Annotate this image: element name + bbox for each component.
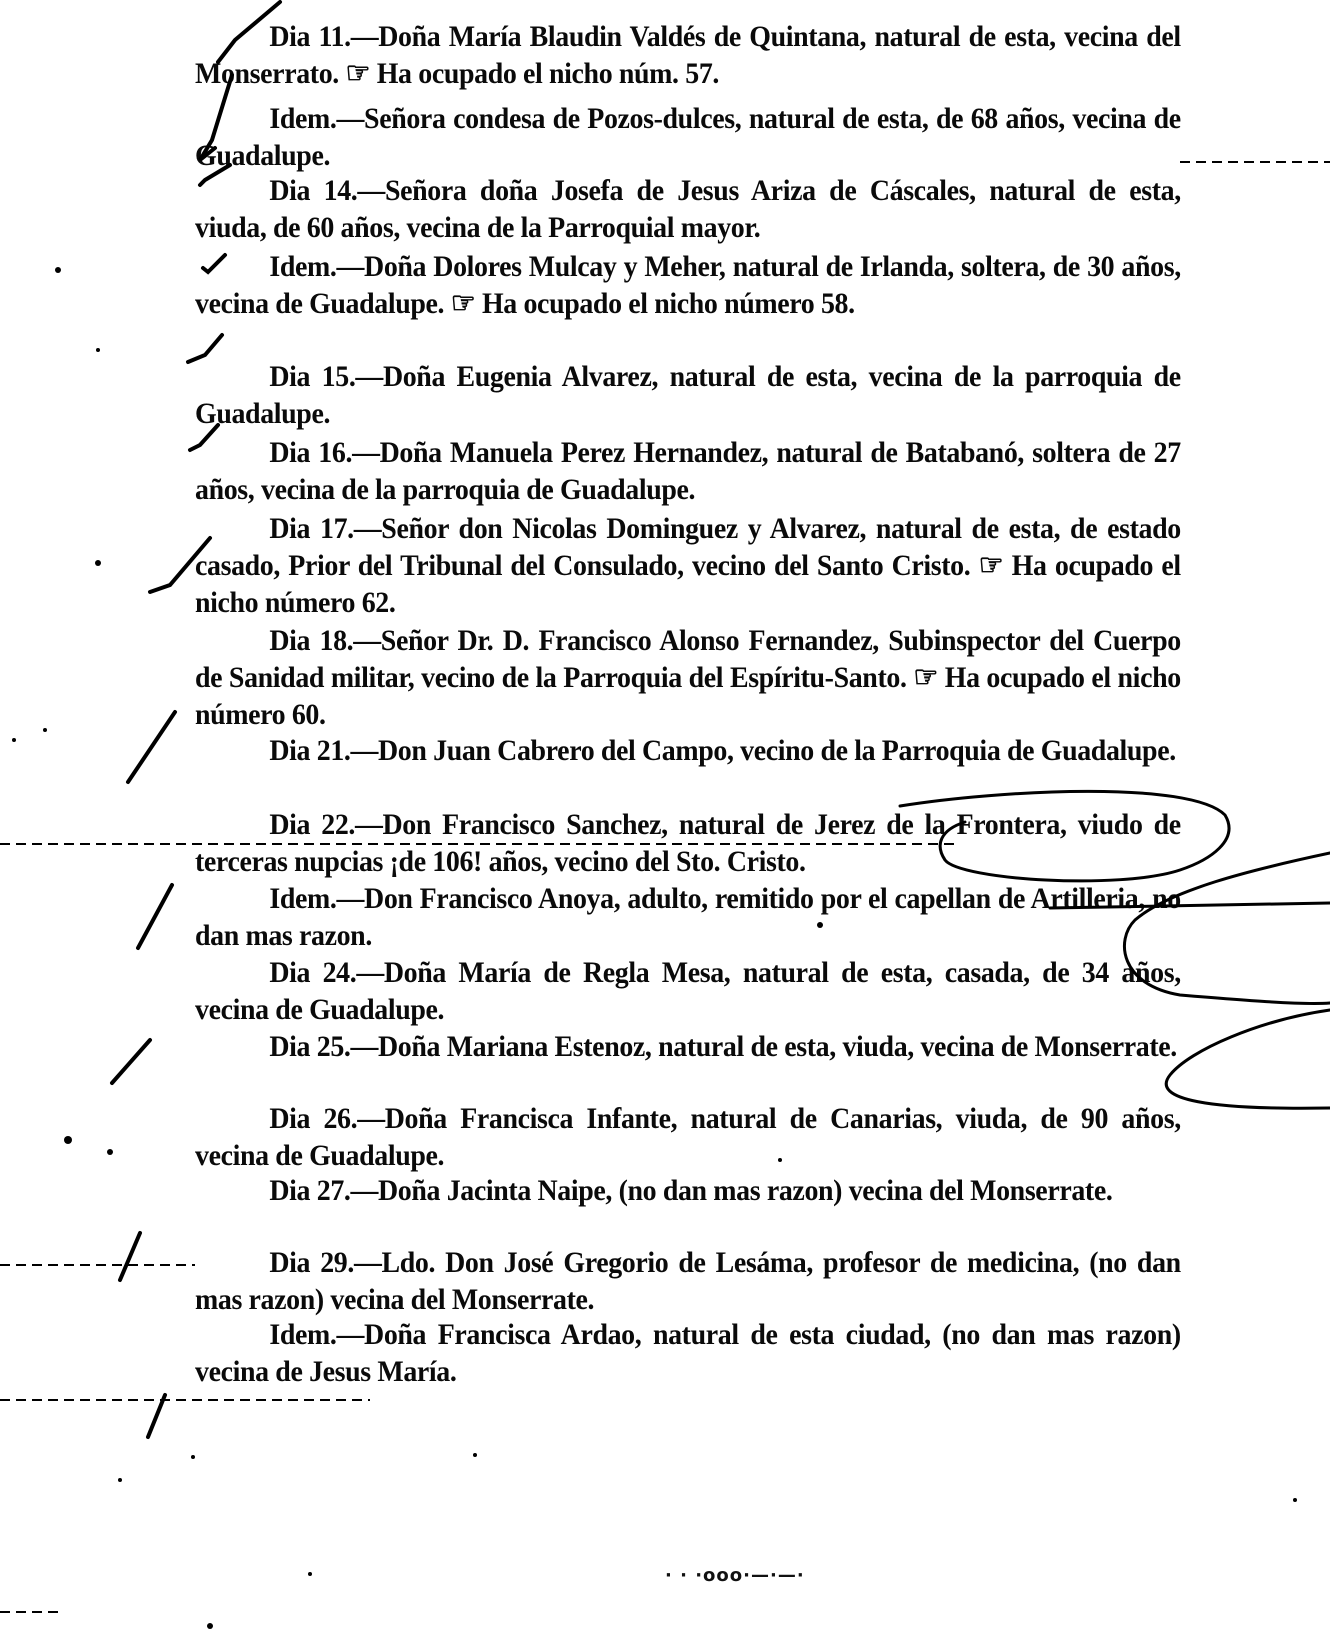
check-mark-icon	[138, 885, 172, 948]
register-entry: Dia 14.—Señora doña Josefa de Jesus Ariz…	[195, 172, 1181, 246]
end-ornament: · · ·ooo·—·—·	[665, 1565, 805, 1586]
check-mark-icon	[148, 1395, 165, 1437]
register-entry: Dia 22.—Don Francisco Sanchez, natural d…	[195, 806, 1181, 880]
check-mark-icon	[112, 1040, 150, 1083]
register-entry: Dia 25.—Doña Mariana Estenoz, natural de…	[195, 1028, 1181, 1065]
entry-text: —Don Francisco Anoya, adulto, remitido p…	[195, 882, 1181, 952]
register-entry: Dia 16.—Doña Manuela Perez Hernandez, na…	[195, 434, 1181, 508]
register-entry: Dia 24.—Doña María de Regla Mesa, natura…	[195, 954, 1181, 1028]
register-entry: Dia 11.—Doña María Blaudin Valdés de Qui…	[195, 18, 1181, 92]
entry-text: —Señora condesa de Pozos-dulces, natural…	[195, 102, 1181, 172]
entry-date: Dia 22.	[269, 808, 355, 841]
entry-date: Dia 15.	[269, 360, 355, 393]
entry-date: Dia 11.	[269, 20, 350, 53]
check-mark-icon	[128, 712, 175, 782]
register-entry: Idem.—Doña Dolores Mulcay y Meher, natur…	[195, 248, 1181, 322]
register-entry: Dia 17.—Señor don Nicolas Dominguez y Al…	[195, 510, 1181, 621]
entry-date: Idem.	[269, 250, 336, 283]
entry-date: Dia 16.	[269, 436, 352, 469]
entry-text: —Doña Jacinta Naipe, (no dan mas razon) …	[350, 1174, 1112, 1207]
register-entry: Dia 27.—Doña Jacinta Naipe, (no dan mas …	[195, 1172, 1181, 1209]
register-entry: Dia 15.—Doña Eugenia Alvarez, natural de…	[195, 358, 1181, 432]
entry-text: —Don Juan Cabrero del Campo, vecino de l…	[350, 734, 1175, 767]
register-entry: Dia 21.—Don Juan Cabrero del Campo, veci…	[195, 732, 1181, 769]
entry-text: —Doña Mariana Estenoz, natural de esta, …	[350, 1030, 1176, 1063]
entry-date: Dia 25.	[269, 1030, 350, 1063]
entry-text: —Doña Francisca Ardao, natural de esta c…	[195, 1318, 1181, 1388]
entry-date: Dia 17.	[269, 512, 353, 545]
entry-date: Dia 21.	[269, 734, 350, 767]
register-entry: Dia 26.—Doña Francisca Infante, natural …	[195, 1100, 1181, 1174]
register-entry: Idem.—Señora condesa de Pozos-dulces, na…	[195, 100, 1181, 174]
scanned-document-page: Dia 11.—Doña María Blaudin Valdés de Qui…	[0, 0, 1330, 1635]
register-entry: Dia 18.—Señor Dr. D. Francisco Alonso Fe…	[195, 622, 1181, 733]
check-mark-icon	[120, 1233, 140, 1280]
entry-date: Idem.	[269, 1318, 336, 1351]
entry-date: Dia 27.	[269, 1174, 350, 1207]
ink-loop	[1166, 1010, 1330, 1108]
register-entry: Idem.—Doña Francisca Ardao, natural de e…	[195, 1316, 1181, 1390]
entry-text: —Doña Dolores Mulcay y Meher, natural de…	[195, 250, 1181, 320]
register-entry: Dia 29.—Ldo. Don José Gregorio de Lesáma…	[195, 1244, 1181, 1318]
entry-date: Dia 29.	[269, 1246, 354, 1279]
register-entry: Idem.—Don Francisco Anoya, adulto, remit…	[195, 880, 1181, 954]
entry-date: Dia 14.	[269, 174, 357, 207]
entry-date: Idem.	[269, 102, 336, 135]
entry-date: Dia 24.	[269, 956, 356, 989]
entry-date: Dia 18.	[269, 624, 353, 657]
entry-date: Idem.	[269, 882, 336, 915]
entry-date: Dia 26.	[269, 1102, 357, 1135]
